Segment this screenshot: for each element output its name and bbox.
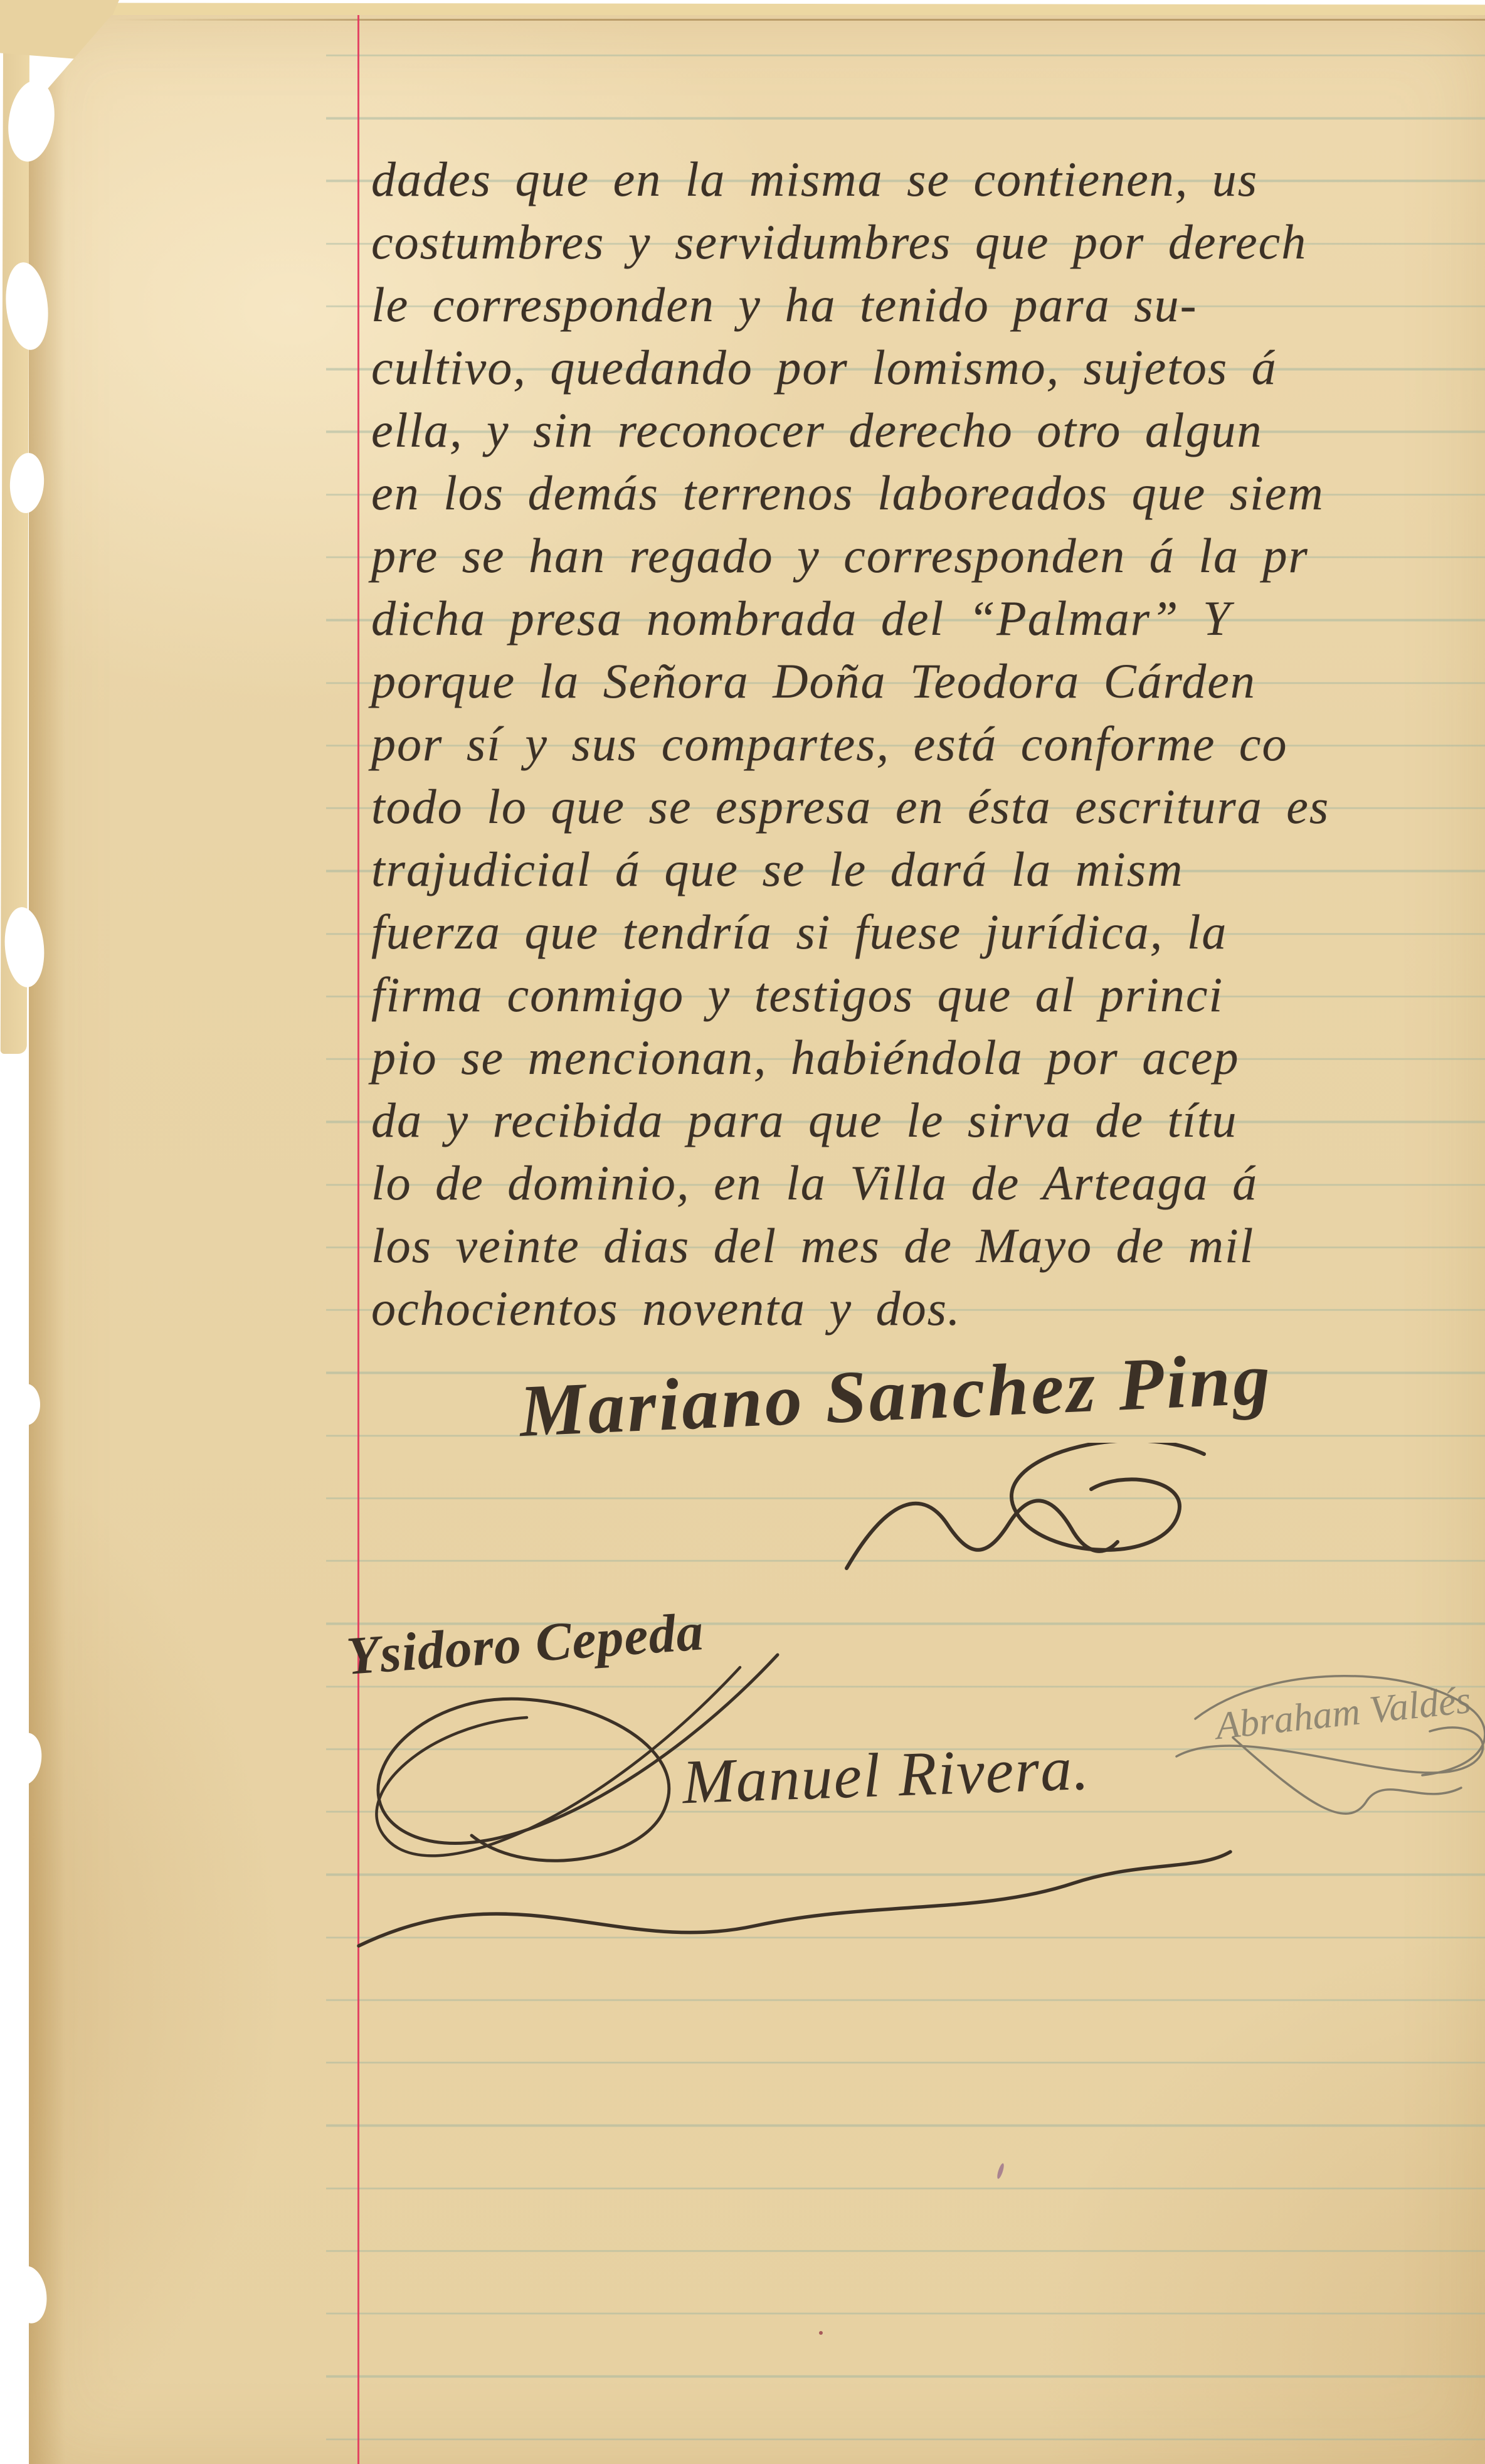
ink-speck: [819, 2331, 823, 2335]
manuscript-line: dicha presa nombrada del “Palmar” Y: [371, 587, 1485, 650]
manuscript-line: por sí y sus compartes, está conforme co: [371, 713, 1485, 775]
manuscript-line: cultivo, quedando por lomismo, sujetos á: [371, 336, 1485, 399]
scanned-manuscript-page: dades que en la misma se contienen, usco…: [0, 0, 1485, 2464]
manuscript-line: pio se mencionan, habiéndola por acep: [371, 1026, 1485, 1089]
manuscript-line: trajudicial á que se le dará la mism: [371, 838, 1485, 901]
manuscript-line: firma conmigo y testigos que al princi: [371, 964, 1485, 1026]
manuscript-line: los veinte dias del mes de Mayo de mil: [371, 1214, 1485, 1277]
manuscript-line: fuerza que tendría si fuese jurídica, la: [371, 901, 1485, 964]
red-margin-rule: [357, 15, 359, 2464]
manuscript-text: dades que en la misma se contienen, usco…: [371, 148, 1485, 1340]
manuscript-line: pre se han regado y corresponden á la pr: [371, 524, 1485, 587]
manuscript-line: todo lo que se espresa en ésta escritura…: [371, 775, 1485, 838]
manuscript-line: costumbres y servidumbres que por derech: [371, 211, 1485, 273]
manuscript-line: ochocientos noventa y dos.: [371, 1277, 1485, 1340]
edge-chip: [13, 1384, 40, 1425]
manuscript-line: dades que en la misma se contienen, us: [371, 148, 1485, 211]
manuscript-line: ella, y sin reconocer derecho otro algun: [371, 399, 1485, 462]
manuscript-line: en los demás terrenos laboreados que sie…: [371, 462, 1485, 524]
paper-left-fold-shadow: [29, 15, 65, 2464]
manuscript-line: le corresponden y ha tenido para su-: [371, 273, 1485, 336]
manuscript-line: lo de dominio, en la Villa de Arteaga á: [371, 1152, 1485, 1214]
manuscript-line: da y recibida para que le sirva de títu: [371, 1089, 1485, 1152]
signature-manuel-rivera: Manuel Rivera.: [681, 1732, 1091, 1819]
manuscript-line: porque la Señora Doña Teodora Cárden: [371, 650, 1485, 713]
